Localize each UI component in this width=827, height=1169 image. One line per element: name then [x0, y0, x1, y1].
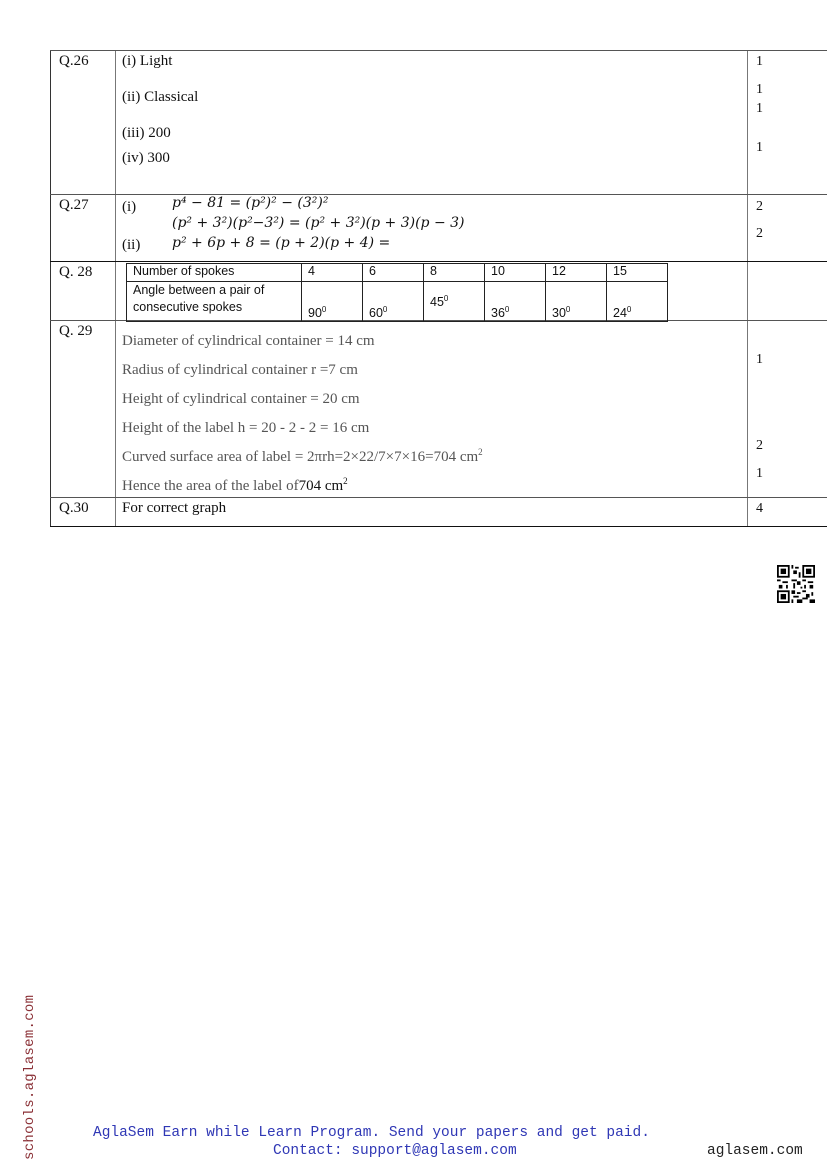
equation-line: (p² + 3²)(p²−3²) = (p² + 3²)(p + 3)(p − …	[172, 215, 465, 231]
question-label: Q.30	[59, 500, 89, 517]
question-label: Q.26	[59, 53, 89, 70]
marks-column: 1 2 1	[747, 321, 827, 497]
answer-line: (iv) 300	[122, 150, 170, 167]
part-label: (i)	[122, 199, 136, 216]
row-q28: Q. 28 Number of spokes 4 6 8 10 12 15 An…	[50, 262, 827, 321]
answer-line: (iii) 200	[122, 125, 171, 142]
solution-line: Curved surface area of label = 2πrh=2×22…	[122, 449, 483, 466]
answer-line: (ii) Classical	[122, 89, 198, 106]
equation-line: p⁴ − 81 = (p²)² − (3²)²	[172, 195, 328, 211]
angle-cell: 300	[546, 282, 607, 322]
marks-column	[747, 262, 827, 320]
mark: 2	[756, 438, 763, 454]
spokes-cell: 6	[363, 264, 424, 282]
marks-column: 1 1 1 1	[747, 51, 827, 194]
mark: 1	[756, 101, 763, 117]
solution-line: Height of the label h = 20 - 2 - 2 = 16 …	[122, 420, 369, 437]
solution-line: Radius of cylindrical container r =7 cm	[122, 362, 358, 379]
question-label: Q.27	[59, 197, 89, 214]
mark: 1	[756, 352, 763, 368]
row-q29: Q. 29 Diameter of cylindrical container …	[50, 321, 827, 498]
part-label: (ii)	[122, 237, 140, 254]
row-q30: Q.30 For correct graph 4	[50, 498, 827, 527]
question-label: Q. 29	[59, 323, 92, 340]
qr-code-icon	[777, 565, 815, 603]
spokes-table: Number of spokes 4 6 8 10 12 15 Angle be…	[126, 263, 668, 322]
spokes-cell: 8	[424, 264, 485, 282]
mark: 1	[756, 82, 763, 98]
solution-line: Hence the area of the label of704 cm2	[122, 478, 348, 495]
mark: 1	[756, 466, 763, 482]
spokes-cell: 10	[485, 264, 546, 282]
marks-column: 2 2	[747, 195, 827, 261]
row-header: Angle between a pair ofconsecutive spoke…	[127, 282, 302, 322]
mark: 2	[756, 226, 763, 242]
mark: 1	[756, 140, 763, 156]
angle-cell: 900	[302, 282, 363, 322]
mark: 4	[756, 501, 763, 517]
angle-cell: 240	[607, 282, 668, 322]
equation-line: p² + 6p + 8 = (p + 2)(p + 4) =	[172, 235, 390, 251]
question-label: Q. 28	[59, 264, 92, 281]
angle-cell: 450	[424, 282, 485, 322]
side-watermark: schools.aglasem.com	[22, 995, 38, 1160]
solution-line: Height of cylindrical container = 20 cm	[122, 391, 360, 408]
spokes-cell: 15	[607, 264, 668, 282]
footer-promo: AglaSem Earn while Learn Program. Send y…	[93, 1125, 650, 1141]
solution-line: Diameter of cylindrical container = 14 c…	[122, 333, 375, 350]
spokes-cell: 12	[546, 264, 607, 282]
mark: 1	[756, 54, 763, 70]
angle-cell: 360	[485, 282, 546, 322]
spokes-cell: 4	[302, 264, 363, 282]
answer-line: For correct graph	[122, 500, 226, 517]
row-q27: Q.27 (i) p⁴ − 81 = (p²)² − (3²)² (p² + 3…	[50, 195, 827, 262]
marks-column: 4	[747, 498, 827, 526]
footer-site[interactable]: aglasem.com	[707, 1143, 803, 1159]
angle-cell: 600	[363, 282, 424, 322]
mark: 2	[756, 199, 763, 215]
footer-contact[interactable]: Contact: support@aglasem.com	[273, 1143, 517, 1159]
answer-table: Q.26 (i) Light (ii) Classical (iii) 200 …	[50, 50, 827, 527]
answer-line: (i) Light	[122, 53, 172, 70]
row-header: Number of spokes	[127, 264, 302, 282]
row-q26: Q.26 (i) Light (ii) Classical (iii) 200 …	[50, 51, 827, 195]
